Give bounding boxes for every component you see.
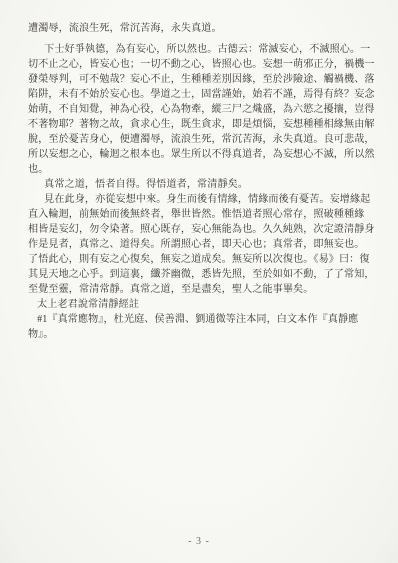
body-text-line: 至覺至靈，常清常靜。真常之道，至是盡矣，聖人之能事畢矣。 [28, 282, 380, 297]
collation-note-line: #1『真常應物』，杜光庭、侯善淵、劉通微等注本同，白文本作『真靜應 [28, 312, 380, 327]
body-text-line: 相皆是妄幻，勿令染著。照心既存，妄心無能為也。久久純熟，次定證清靜身 [28, 222, 380, 237]
scripture-text-line: 真常之道，悟者自得。得悟道者，常清靜矣。 [28, 177, 380, 192]
body-text-line: 切不止之心，皆妄心也；一切不動之心，皆照心也。妄想一萌邪正分，禍機一 [28, 57, 380, 72]
page-number: - 3 - [0, 536, 398, 547]
body-text-line: 不著物耶？著物之故，貪求心生，既生貪求，即是煩惱，妄想種種相緣無由解 [28, 117, 380, 132]
body-text-line: 作是見者，真常之、道得矣。所謂照心者，即天心也；真常者，即無妄也。 [28, 237, 380, 252]
body-text-line: 脫，至於憂苦身心，便遭濁辱，流浪生死，常沉苦海，永失真道。良可悲哉， [28, 132, 380, 147]
body-text-line: 下士好爭執德，為有妄心，所以然也。古德云：常滅妄心，不滅照心。一 [28, 42, 380, 57]
body-text-line: 其見天地之心乎。到這裏，纖芥幽微，悉皆先照，至於如如不動，了了常知， [28, 267, 380, 282]
body-text-line: 所以妄想之心，輪迴之根本也。眾生所以不得真道者，為妄想心不滅，所以然 [28, 147, 380, 162]
body-text-line: 了悟此心，則有妄之心復矣，無妄之道成矣。無妄所以次復也。《易》曰：復 [28, 252, 380, 267]
body-text-line: 發榮辱判，可不勉哉？妄心不止，生種種差別因緣，至於涉險途、觸禍機、落 [28, 72, 380, 87]
body-text-line: 陷阱，未有不始於妄心也。學道之士，固當謹始，始若不謹，焉得有終？妄念 [28, 87, 380, 102]
body-text-line: 始萌，不自知覺，神為心役，心為物牽，縱三尸之熾盛，為六慾之擾攘，豈得 [28, 102, 380, 117]
text-block: 遭濁辱，流浪生死，常沉苦海，永失真道。 下士好爭執德，為有妄心，所以然也。古德云… [28, 21, 380, 342]
body-text-line: 遭濁辱，流浪生死，常沉苦海，永失真道。 [28, 21, 380, 36]
scanned-document-page: 遭濁辱，流浪生死，常沉苦海，永失真道。 下士好爭執德，為有妄心，所以然也。古德云… [0, 0, 398, 563]
body-text-line: 直入輪迴，前無始而後無終者，舉世皆然。惟悟道者照心常存，照破種種緣 [28, 207, 380, 222]
collation-note-line: 物』。 [28, 327, 380, 342]
body-text-line: 見在此身，亦從妄想中來。身生而後有情緣，情緣而後有憂苦。妄增緣起 [28, 192, 380, 207]
colophon-title: 太上老君說常清靜經註 [28, 297, 380, 312]
body-text-line: 也。 [28, 162, 380, 177]
